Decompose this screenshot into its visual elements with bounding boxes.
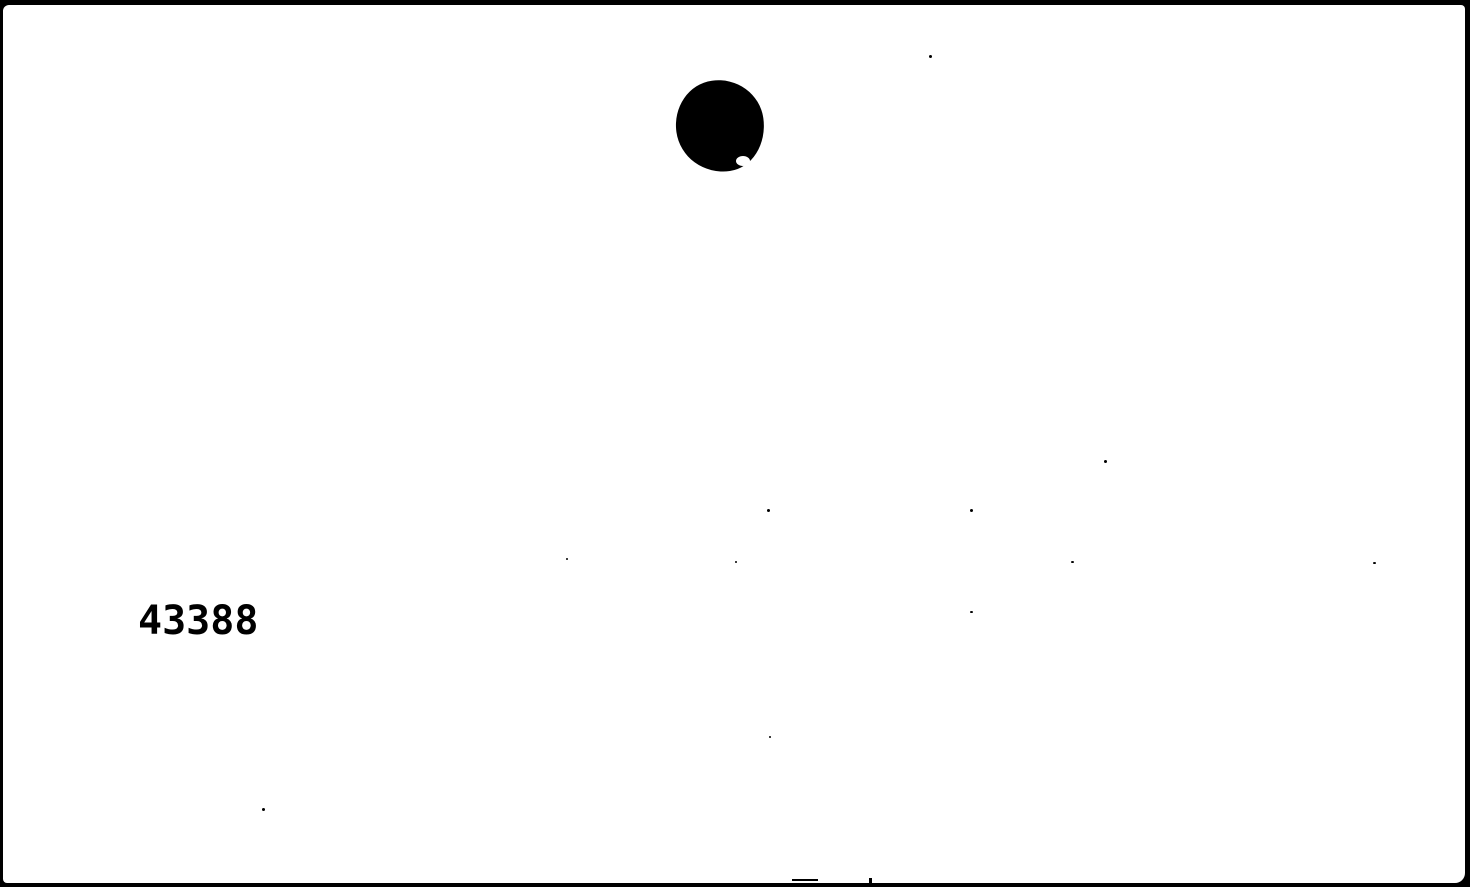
dust-speck [1373,562,1376,564]
card-number: 43388 [138,601,258,641]
dust-speck [869,878,872,883]
dust-speck [769,736,771,738]
dust-speck [970,509,973,512]
scanned-card-image: 43388 [0,0,1470,887]
dust-speck [929,55,932,58]
dust-speck [1104,460,1107,463]
dust-speck [792,879,818,881]
dust-speck [566,558,568,560]
dust-speck [735,561,737,563]
dust-speck [767,509,770,512]
dust-speck [262,808,265,811]
dust-speck [1071,561,1074,563]
dust-speck [970,611,973,613]
punch-hole-notch [736,156,750,166]
